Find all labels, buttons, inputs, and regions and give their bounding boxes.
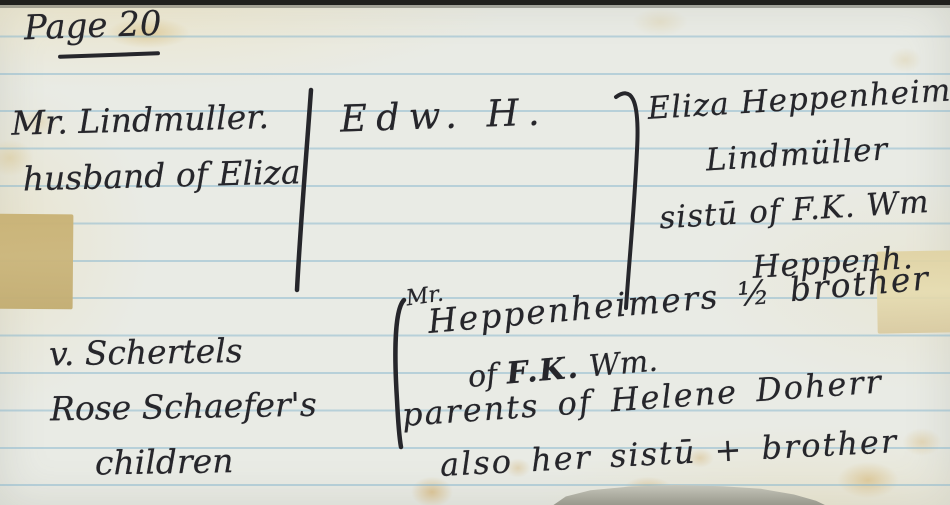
note-bottom-left-line2: Rose Schaefer's xyxy=(50,377,318,437)
page-number: Page 20 xyxy=(23,4,162,49)
note-top-left: Mr. Lindmuller. husband of Eliza xyxy=(11,88,302,207)
note-bottom-left-line1: v. Schertels xyxy=(49,322,317,382)
note-top-left-line2: husband of Eliza xyxy=(22,144,301,207)
note-top-center-name: Edw. H. xyxy=(339,90,549,140)
bracket-stroke-top-right xyxy=(616,93,638,308)
page-number-underline xyxy=(58,51,160,58)
handwritten-note-card: Page 20 Mr. Lindmuller. husband of Eliza… xyxy=(0,0,950,505)
note-top-left-line1: Mr. Lindmuller. xyxy=(11,88,300,152)
note-bottom-left: v. Schertels Rose Schaefer's children xyxy=(49,322,319,492)
note-bottom-right-line4: also her sistū + brother xyxy=(439,422,899,484)
tape-piece-left xyxy=(0,214,73,310)
note-bottom-left-line3: children xyxy=(94,432,318,491)
torn-paper-fragment xyxy=(552,485,827,505)
